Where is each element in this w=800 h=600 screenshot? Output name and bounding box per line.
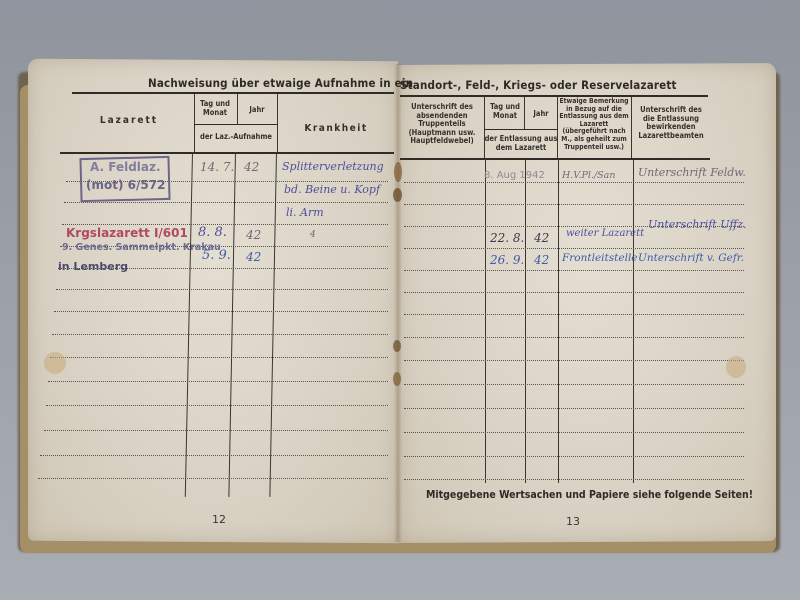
column-line [485,158,486,483]
ruled-line [404,314,744,315]
ruled-line [52,334,388,335]
header-bemerkung: Etwaige Bemerkung in Bezug auf die Entla… [558,98,630,151]
header-divider [194,94,195,152]
entry2-discharge-year: 42 [534,231,549,245]
header-bottom-rule-left [60,152,394,154]
ruled-line [64,202,388,203]
entry2-signature: Unterschrift Uffz. [648,218,747,231]
footer-note: Mitgegebene Wertsachen und Papiere siehe… [426,489,753,501]
ruled-line [404,337,744,338]
header-jahr-left: Jahr [240,106,274,115]
page-number-left: 12 [212,513,226,526]
staple-rust-stain [393,372,401,386]
stamp-kriegslazarett-line2: 9. Genes. Sammelpkt. Krakau [62,242,221,253]
entry1-illness-line3: li. Arm [286,206,324,219]
ruled-line [404,384,744,385]
ruled-line [48,381,388,382]
column-line [525,158,526,483]
ruled-line [404,270,744,271]
header-krankheit: Krankheit [282,125,390,134]
header-divider [237,94,238,124]
header-aufnahme: der Laz.-Aufnahme [196,133,276,142]
ruled-line [404,360,744,361]
ruled-line [50,357,388,358]
staple-rust-stain [393,340,401,352]
book-gutter [394,64,402,542]
stamp-kriegslazarett-line3: in Lemberg [58,260,128,273]
entry1-admit-day-month: 14. 7. [200,160,234,174]
header-top-rule-left [72,92,394,94]
entry3-signature: Unterschrift v. Gefr. [638,252,744,264]
stamp-kriegslazarett-line1: Krgslazarett I/601 [66,226,188,240]
ruled-line [40,455,388,456]
entry1-discharge-stamp: 8. Aug 1942 [484,170,545,181]
ruled-line [56,289,388,290]
ruled-line [404,248,744,249]
header-lazarett: Lazarett [70,117,188,126]
staple-rust-stain [393,188,402,202]
paper-stain [726,356,746,378]
ruled-line [404,182,744,183]
entry1-signature: Unterschrift Feldw. [638,166,746,179]
entry1-admit-year: 42 [244,160,259,174]
ruled-line [404,456,744,457]
entry1-illness-line1: Splitterverletzung [282,160,384,173]
ruled-line [404,292,744,293]
header-divider [557,97,558,158]
header-divider [631,97,632,158]
entry3-admit-day-month: 5. 9. [202,248,231,263]
entry3-discharge-day-month: 26. 9. [490,253,524,267]
ruled-line [44,430,388,431]
header-tag-monat-right: Tag und Monat [486,103,524,120]
entry1-remark: H.V.Pl./San [562,170,615,181]
header-top-rule-right [400,95,708,97]
ruled-line [404,204,744,205]
entry3-discharge-year: 42 [534,253,549,267]
ruled-line [46,405,388,406]
header-unterschrift-absendend: Unterschrift des absendenden Truppenteil… [402,103,482,146]
title-left: Nachweisung über etwaige Aufnahme in ein [148,76,413,90]
header-bottom-rule-right [400,158,710,160]
header-divider [524,97,525,129]
entry2-remark: weiter Lazarett [566,228,644,239]
header-entlassung: der Entlassung aus dem Lazarett [484,135,558,152]
entry3-remark: Frontleitstelle [562,252,638,264]
entry2-discharge-day-month: 22. 8. [490,231,524,245]
ruled-line [404,408,744,409]
column-line [633,158,634,483]
title-right: Standort-, Feld-, Kriegs- oder Reservela… [400,78,677,92]
column-line [558,158,559,483]
paper-stain [44,352,66,374]
stamp-feldlazarett-line2: (mot) 6/572 [86,178,165,192]
header-unterschrift-lazarett: Unterschrift des die Entlassung bewirken… [634,106,708,140]
ruled-line [404,432,744,433]
header-divider [484,129,557,130]
ruled-line [54,311,388,312]
entry3-admit-year: 42 [246,250,261,264]
entry2-illness: 4 [310,230,316,240]
entry1-illness-line2: bd. Beine u. Kopf [284,183,380,196]
header-tag-monat-left: Tag und Monat [196,100,234,117]
header-divider [194,124,277,125]
ruled-line [38,478,388,479]
header-divider [277,94,278,152]
stamp-feldlazarett-line1: A. Feldlaz. [90,160,161,174]
entry2-admit-day-month: 8. 8. [198,225,227,240]
ruled-line [404,479,744,480]
staple-rust-stain [394,162,402,182]
header-divider [484,97,485,158]
page-number-right: 13 [566,515,580,528]
header-jahr-right: Jahr [526,110,556,119]
entry2-admit-year: 42 [246,228,261,242]
